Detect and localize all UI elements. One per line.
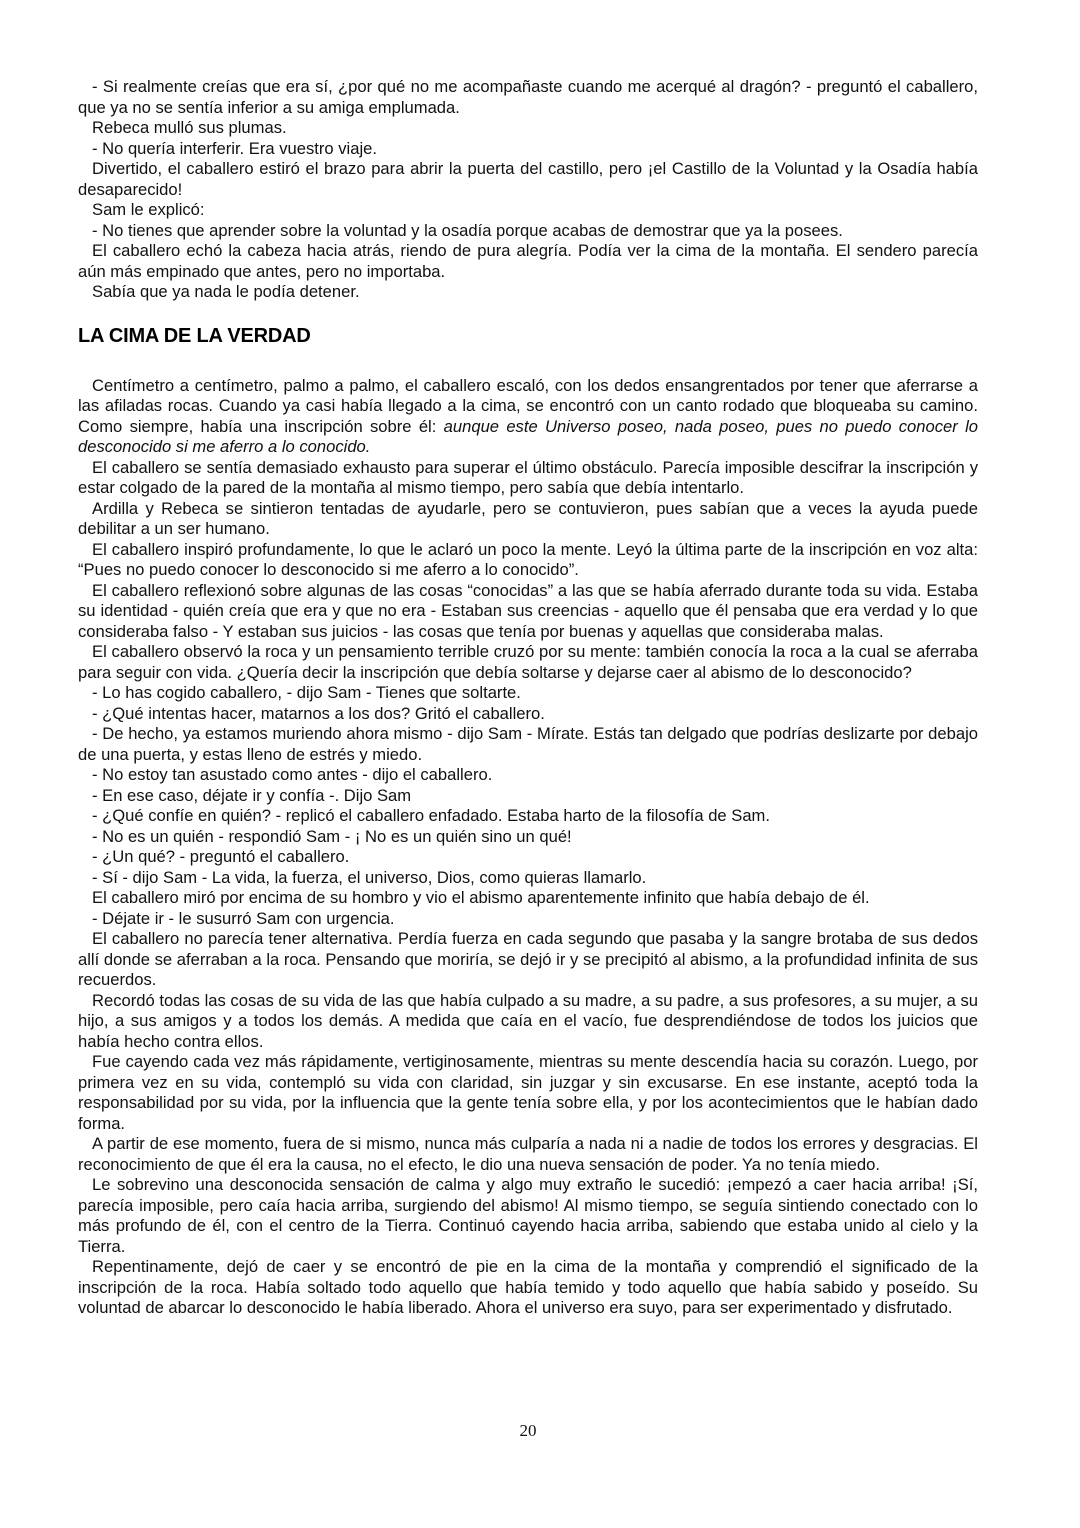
paragraph: El caballero se sentía demasiado exhaust…	[78, 458, 978, 499]
dialogue-line: - Sí - dijo Sam - La vida, la fuerza, el…	[78, 868, 978, 889]
paragraph: Le sobrevino una desconocida sensación d…	[78, 1175, 978, 1257]
paragraph: El caballero reflexionó sobre algunas de…	[78, 581, 978, 643]
paragraph: El caballero no parecía tener alternativ…	[78, 929, 978, 991]
paragraph: Divertido, el caballero estiró el brazo …	[78, 159, 978, 200]
paragraph: El caballero echó la cabeza hacia atrás,…	[78, 241, 978, 282]
dialogue-line: - ¿Qué confíe en quién? - replicó el cab…	[78, 806, 978, 827]
paragraph: Centímetro a centímetro, palmo a palmo, …	[78, 376, 978, 458]
document-page: - Si realmente creías que era sí, ¿por q…	[78, 77, 978, 1319]
dialogue-line: - No es un quién - respondió Sam - ¡ No …	[78, 827, 978, 848]
page-number: 20	[0, 1421, 1056, 1441]
paragraph: - Si realmente creías que era sí, ¿por q…	[78, 77, 978, 118]
dialogue-line: - ¿Qué intentas hacer, matarnos a los do…	[78, 704, 978, 725]
dialogue-line: - ¿Un qué? - preguntó el caballero.	[78, 847, 978, 868]
paragraph: Ardilla y Rebeca se sintieron tentadas d…	[78, 499, 978, 540]
paragraph: Fue cayendo cada vez más rápidamente, ve…	[78, 1052, 978, 1134]
paragraph: Sam le explicó:	[78, 200, 978, 221]
dialogue-line: - No estoy tan asustado como antes - dij…	[78, 765, 978, 786]
section-heading: LA CIMA DE LA VERDAD	[78, 324, 978, 348]
paragraph: A partir de ese momento, fuera de si mis…	[78, 1134, 978, 1175]
paragraph: Repentinamente, dejó de caer y se encont…	[78, 1257, 978, 1319]
paragraph: Recordó todas las cosas de su vida de la…	[78, 991, 978, 1053]
dialogue-line: - Lo has cogido caballero, - dijo Sam - …	[78, 683, 978, 704]
paragraph: - No tienes que aprender sobre la volunt…	[78, 221, 978, 242]
dialogue-line: - En ese caso, déjate ir y confía -. Dij…	[78, 786, 978, 807]
dialogue-line: - De hecho, ya estamos muriendo ahora mi…	[78, 724, 978, 765]
paragraph: Rebeca mulló sus plumas.	[78, 118, 978, 139]
paragraph: El caballero inspiró profundamente, lo q…	[78, 540, 978, 581]
dialogue-line: - Déjate ir - le susurró Sam con urgenci…	[78, 909, 978, 930]
paragraph: - No quería interferir. Era vuestro viaj…	[78, 139, 978, 160]
paragraph: El caballero miró por encima de su hombr…	[78, 888, 978, 909]
paragraph: Sabía que ya nada le podía detener.	[78, 282, 978, 303]
paragraph: El caballero observó la roca y un pensam…	[78, 642, 978, 683]
